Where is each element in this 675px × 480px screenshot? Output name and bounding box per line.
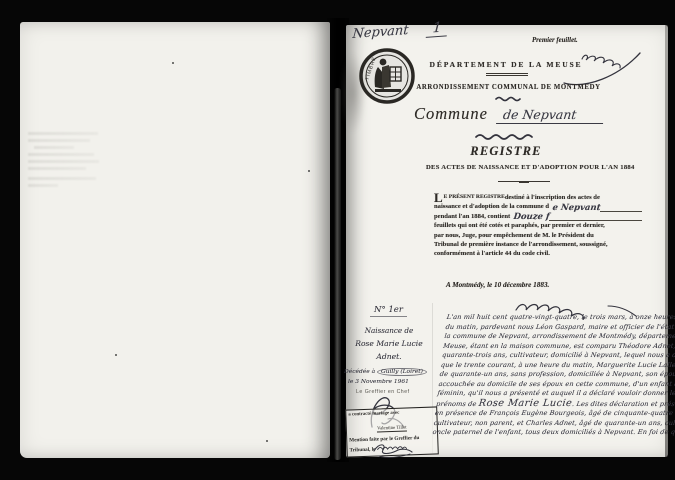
margin-name-line2: Adnet. (358, 352, 420, 361)
timbre-stamp-icon: TIMBRE (358, 47, 416, 105)
handwritten-folio-number: 1 (426, 19, 448, 38)
feuillet-count-handwritten: Douze f (513, 213, 550, 221)
preamble-line: naissance et d'adoption de la commune d … (434, 202, 642, 211)
deces-note-line1: Décédée à Guilly (Loiret) (344, 368, 427, 376)
child-name: Rose Marie Lucie (478, 398, 573, 409)
act-number: N° 1er (370, 305, 407, 317)
right-page: Nepvant 1 TIMBRE Premier feuillet. (346, 25, 668, 457)
squiggle-divider-icon (494, 95, 524, 103)
ruled-line (549, 213, 642, 221)
act-line: que le trente courant, à une heure du ma… (440, 361, 675, 371)
commune-insert-handwritten: e Nepvant (552, 204, 601, 212)
act-line: en présence de François Eugène Bourgeois… (434, 409, 673, 419)
greffier-signature-icon (368, 439, 416, 463)
commune-label: Commune (414, 104, 488, 123)
act-line: accouchée au domicile de ses époux en ce… (438, 380, 675, 390)
preamble-smallcaps: E PRÉSENT REGISTRE (444, 193, 505, 202)
preamble-line: conformément à l'article 44 du code civi… (434, 249, 642, 258)
scanned-register-view: Nepvant 1 TIMBRE Premier feuillet. (0, 0, 675, 480)
preamble-text: pendant l'an 1884, contient (434, 212, 510, 221)
birth-act-text: L'an mil huit cent quatre-vingt-quatre, … (432, 313, 675, 438)
registre-subtitle: DES ACTES DE NAISSANCE ET D'ADOPTION POU… (426, 164, 631, 171)
left-page (20, 22, 330, 458)
binding-rod (334, 88, 341, 460)
departement-header: DÉPARTEMENT DE LA MEUSE (426, 60, 586, 69)
preamble-line: feuillets qui ont été cotés et paraphés,… (434, 221, 642, 230)
deces-prefix: Décédée à (344, 369, 377, 375)
act-line: la commune de Nepvant, arrondissement de… (444, 332, 675, 342)
commune-line: Commune de Nepvant (414, 104, 603, 124)
preamble-text: destiné à l'inscription des actes de (505, 193, 600, 202)
ruled-line (600, 204, 642, 212)
commune-value-handwritten: de Nepvant (496, 107, 605, 124)
preamble-line: pendant l'an 1884, contient Douze f (434, 212, 642, 221)
act-line: de quarante-un ans, sans profession, dom… (439, 370, 675, 380)
ornament-divider (498, 181, 550, 182)
handwritten-commune-title: Nepvant 1 (352, 19, 448, 42)
preamble-line: L E PRÉSENT REGISTRE destiné à l'inscrip… (434, 193, 642, 202)
registre-title: REGISTRE (431, 144, 581, 159)
act-line: L'an mil huit cent quatre-vingt-quatre, … (446, 313, 675, 323)
preamble-line: par nous, Juge, pour empêchement de M. l… (434, 231, 642, 240)
preamble-dropcap: L (434, 194, 443, 202)
act-line-name: prénoms de Rose Marie Lucie. Les dites d… (435, 399, 674, 410)
act-line: cultivateur, non parent, et Charles Adne… (433, 419, 672, 429)
paper-speck (172, 62, 174, 64)
act-text: prénoms de (436, 400, 480, 408)
act-text: . Les dites déclaration et présentation … (572, 400, 675, 408)
preamble-paragraph: L E PRÉSENT REGISTRE destiné à l'inscrip… (434, 193, 642, 259)
handwritten-commune-name: Nepvant (352, 23, 409, 42)
act-line: quarante-trois ans, cultivateur, domicil… (441, 351, 675, 361)
paper-speck (115, 354, 117, 356)
deces-note-line2: le 3 Novembre 1961 (348, 379, 409, 385)
marriage-mention-line2: Valentine Tillet (377, 425, 407, 432)
margin-name-line1: Rose Marie Lucie (344, 339, 434, 348)
page-edge (665, 25, 668, 457)
act-line: oncle paternel de l'enfant, tous deux do… (432, 428, 671, 438)
bleed-through-text (28, 128, 104, 191)
arrondissement-header: ARRONDISSEMENT COMMUNAL DE MONTMEDY (416, 84, 601, 91)
deces-place: Guilly (Loiret) (377, 368, 427, 376)
margin-naissance-label: Naissance de (350, 326, 428, 335)
act-line: du matin, pardevant nous Léon Gaspard, m… (445, 323, 675, 333)
preamble-text: naissance et d'adoption de la commune d (434, 202, 549, 211)
act-line: Meuse, étant en la maison commune, est c… (443, 342, 675, 352)
paper-speck (266, 440, 268, 442)
wavy-divider-icon (474, 132, 536, 141)
paper-speck (308, 170, 310, 172)
double-rule-divider (486, 73, 528, 76)
preamble-line: Tribunal de première instance de l'arron… (434, 240, 642, 249)
